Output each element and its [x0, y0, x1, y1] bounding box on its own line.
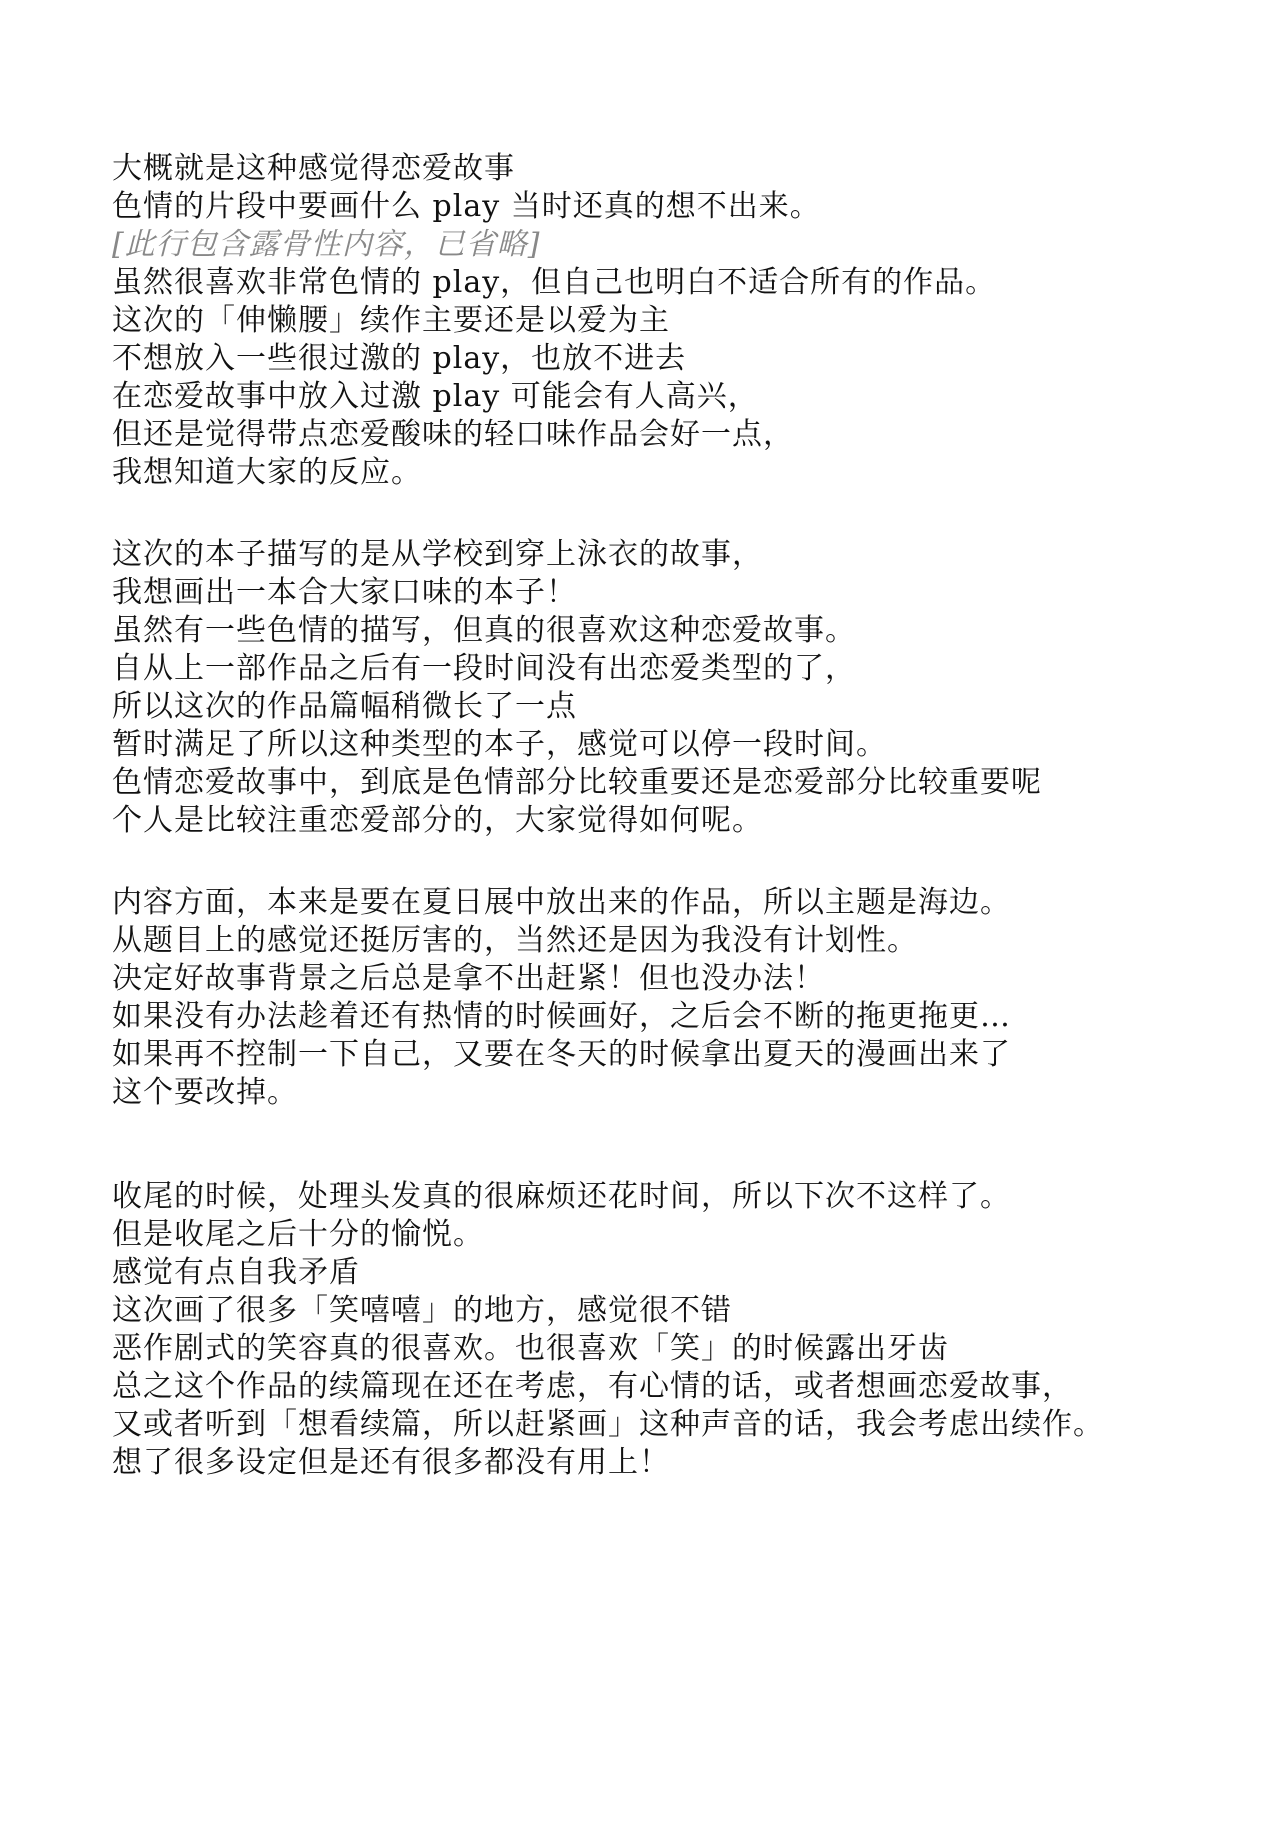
paragraph-2: 这次的本子描写的是从学校到穿上泳衣的故事， 我想画出一本合大家口味的本子！ 虽然… — [112, 536, 1262, 840]
text-line: 这次的「伸懒腰」续作主要还是以爱为主 — [112, 302, 1262, 340]
text-line: 如果再不控制一下自己，又要在冬天的时候拿出夏天的漫画出来了 — [112, 1036, 1262, 1074]
text-line: 总之这个作品的续篇现在还在考虑，有心情的话，或者想画恋爱故事， — [112, 1368, 1262, 1406]
text-line: 我想画出一本合大家口味的本子！ — [112, 574, 1262, 612]
text-line: 我想知道大家的反应。 — [112, 454, 1262, 492]
text-line: 但还是觉得带点恋爱酸味的轻口味作品会好一点， — [112, 416, 1262, 454]
text-line: 想了很多设定但是还有很多都没有用上！ — [112, 1444, 1262, 1482]
paragraph-4: 收尾的时候，处理头发真的很麻烦还花时间，所以下次不这样了。 但是收尾之后十分的愉… — [112, 1178, 1262, 1482]
text-line: 恶作剧式的笑容真的很喜欢。也很喜欢「笑」的时候露出牙齿 — [112, 1330, 1262, 1368]
text-line: 在恋爱故事中放入过激 play 可能会有人高兴， — [112, 378, 1262, 416]
text-line: 虽然很喜欢非常色情的 play，但自己也明白不适合所有的作品。 — [112, 264, 1262, 302]
text-line: 感觉有点自我矛盾 — [112, 1254, 1262, 1292]
afterword-page: 大概就是这种感觉得恋爱故事 色情的片段中要画什么 play 当时还真的想不出来。… — [112, 150, 1262, 1526]
text-line: 个人是比较注重恋爱部分的，大家觉得如何呢。 — [112, 802, 1262, 840]
redacted-line: [此行包含露骨性内容，已省略] — [112, 226, 1262, 264]
text-line: 又或者听到「想看续篇，所以赶紧画」这种声音的话，我会考虑出续作。 — [112, 1406, 1262, 1444]
text-line: 虽然有一些色情的描写，但真的很喜欢这种恋爱故事。 — [112, 612, 1262, 650]
text-line: 所以这次的作品篇幅稍微长了一点 — [112, 688, 1262, 726]
text-line: 如果没有办法趁着还有热情的时候画好，之后会不断的拖更拖更… — [112, 998, 1262, 1036]
text-line: 但是收尾之后十分的愉悦。 — [112, 1216, 1262, 1254]
text-line: 色情的片段中要画什么 play 当时还真的想不出来。 — [112, 188, 1262, 226]
text-line: 大概就是这种感觉得恋爱故事 — [112, 150, 1262, 188]
text-line: 这次的本子描写的是从学校到穿上泳衣的故事， — [112, 536, 1262, 574]
text-line: 从题目上的感觉还挺厉害的，当然还是因为我没有计划性。 — [112, 922, 1262, 960]
text-line: 不想放入一些很过激的 play，也放不进去 — [112, 340, 1262, 378]
text-line: 收尾的时候，处理头发真的很麻烦还花时间，所以下次不这样了。 — [112, 1178, 1262, 1216]
text-line: 自从上一部作品之后有一段时间没有出恋爱类型的了， — [112, 650, 1262, 688]
text-line: 色情恋爱故事中，到底是色情部分比较重要还是恋爱部分比较重要呢 — [112, 764, 1262, 802]
text-line: 暂时满足了所以这种类型的本子，感觉可以停一段时间。 — [112, 726, 1262, 764]
text-line: 这个要改掉。 — [112, 1074, 1262, 1112]
text-line: 内容方面，本来是要在夏日展中放出来的作品，所以主题是海边。 — [112, 884, 1262, 922]
paragraph-1: 大概就是这种感觉得恋爱故事 色情的片段中要画什么 play 当时还真的想不出来。… — [112, 150, 1262, 492]
paragraph-3: 内容方面，本来是要在夏日展中放出来的作品，所以主题是海边。 从题目上的感觉还挺厉… — [112, 884, 1262, 1112]
text-line: 这次画了很多「笑嘻嘻」的地方，感觉很不错 — [112, 1292, 1262, 1330]
text-line: 决定好故事背景之后总是拿不出赶紧！但也没办法！ — [112, 960, 1262, 998]
